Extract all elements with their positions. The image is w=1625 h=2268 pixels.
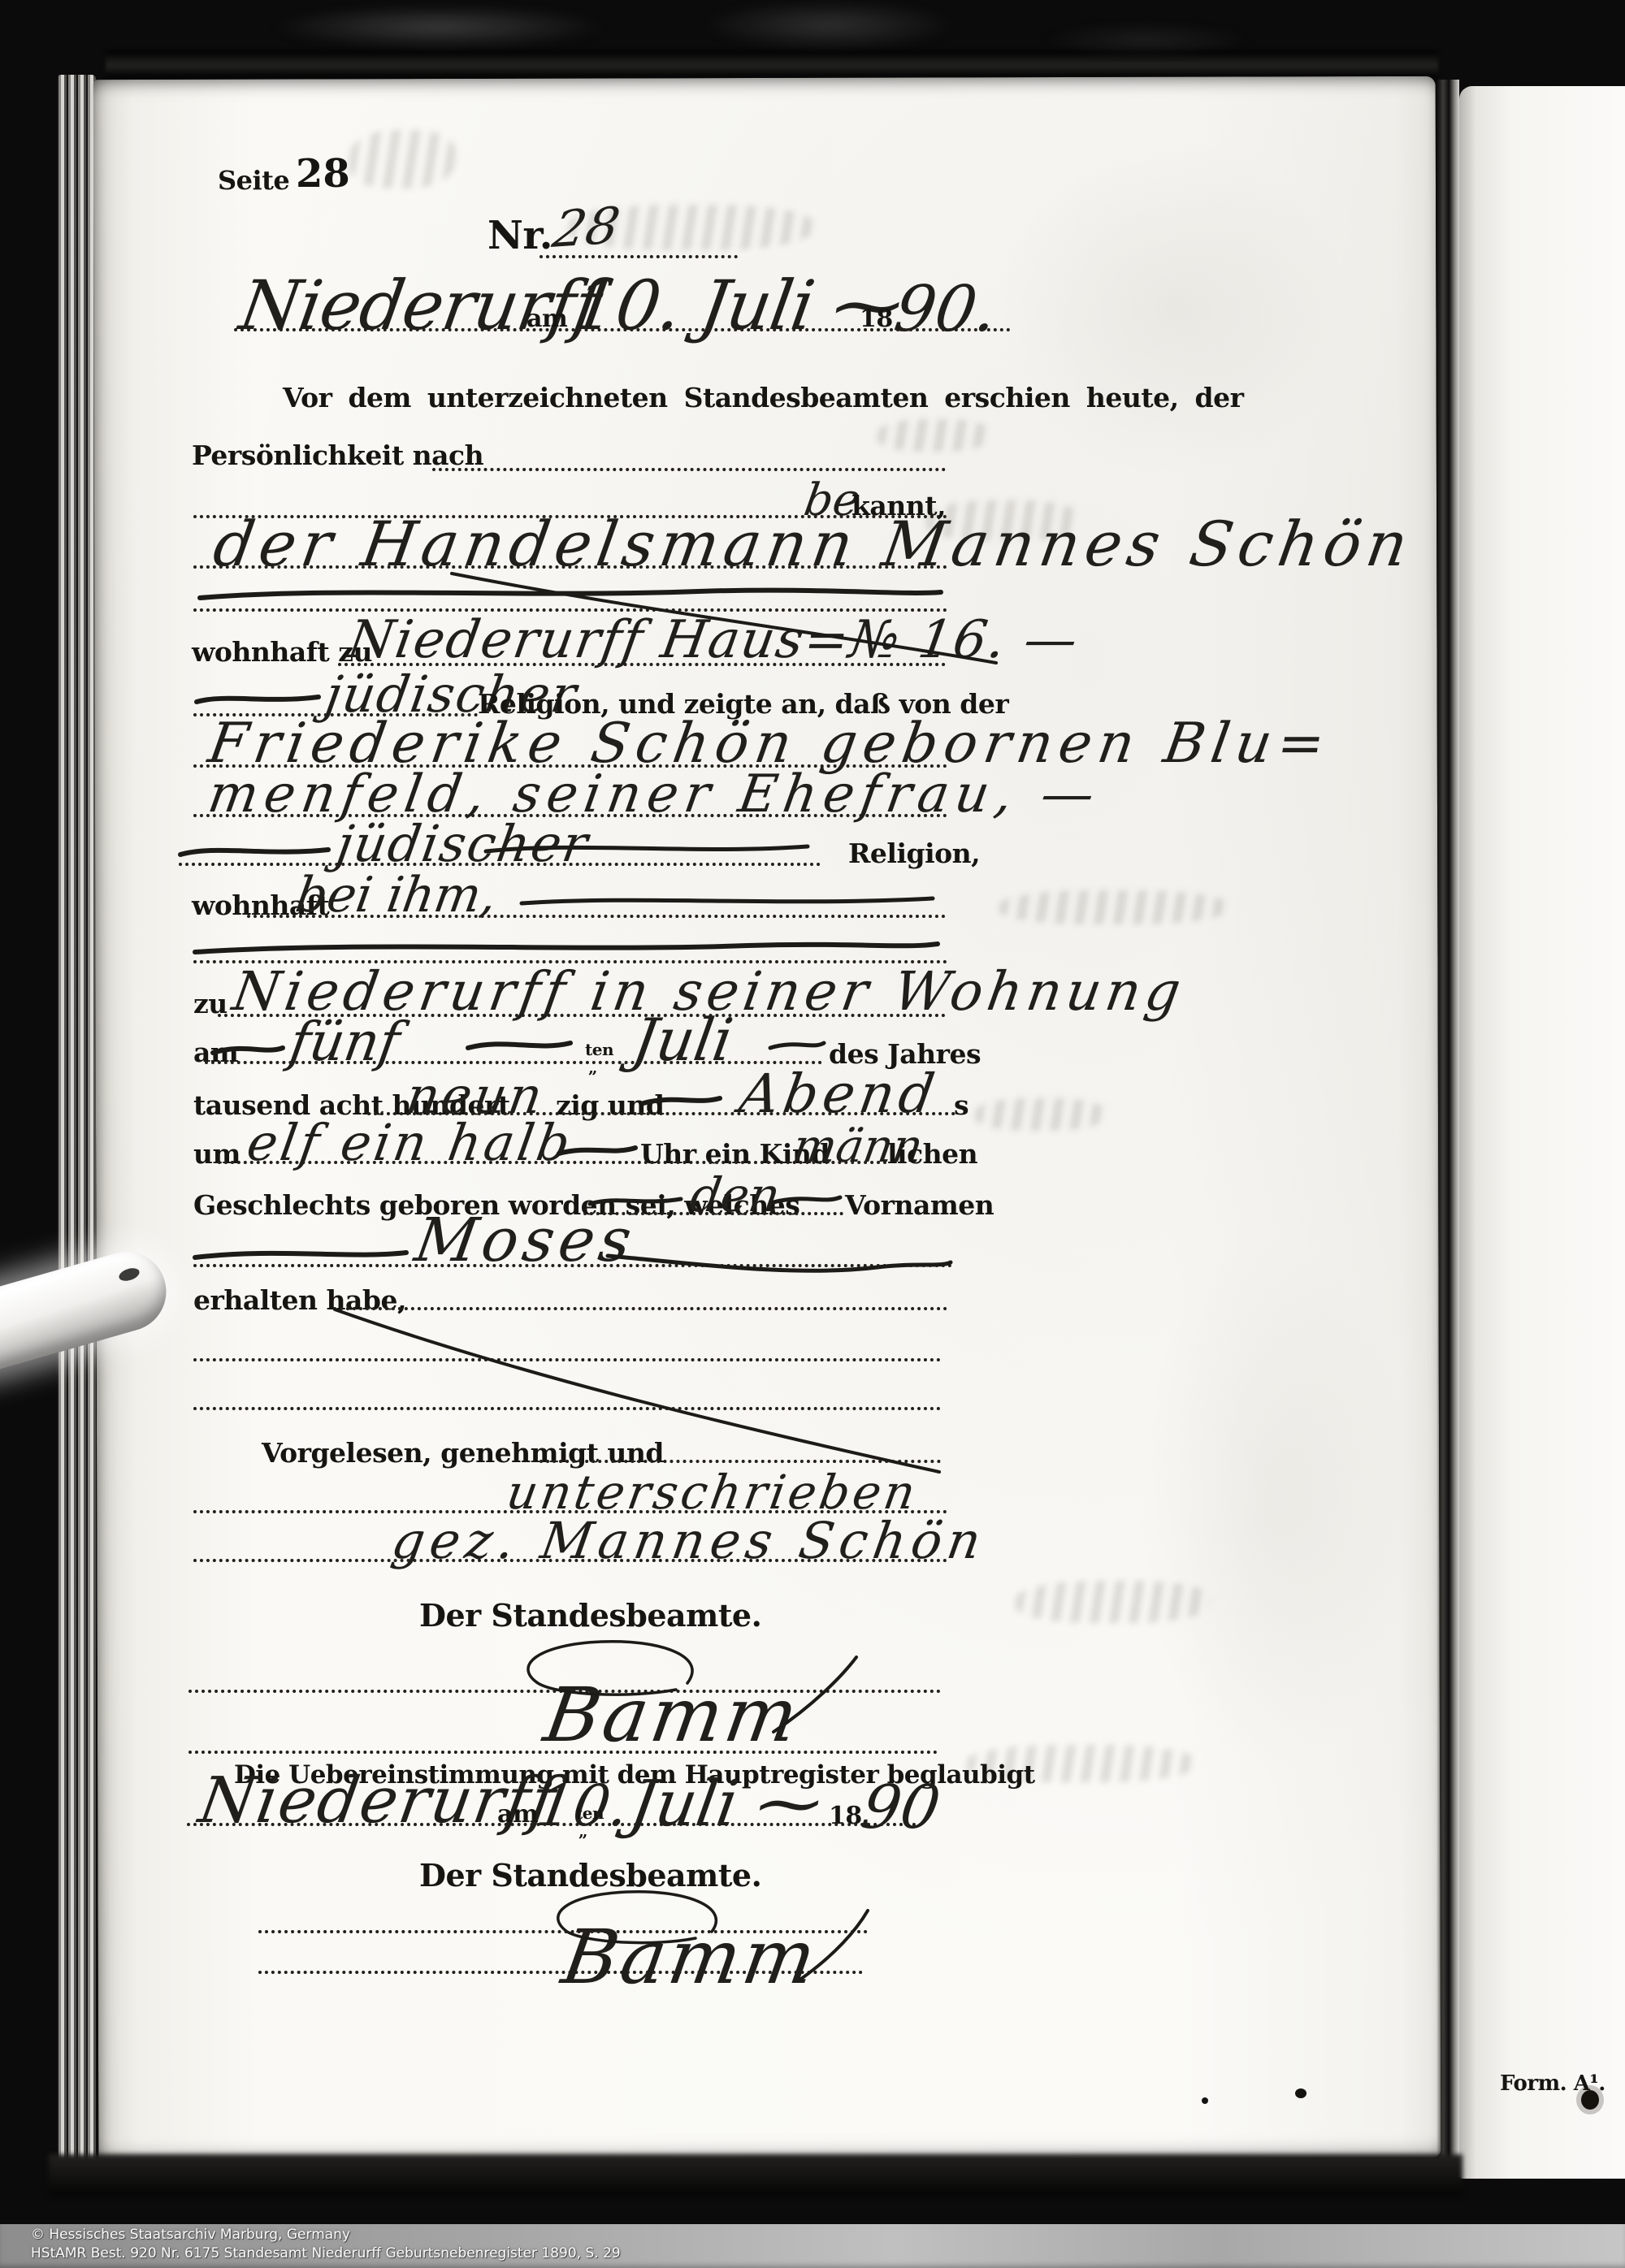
signature-flourish-loop	[528, 1642, 692, 1695]
strike-through-stroke	[452, 573, 996, 663]
archive-copyright-line: © Hessisches Staatsarchiv Marburg, Germa…	[31, 2228, 350, 2242]
signature-tail-stroke	[801, 1911, 868, 1979]
archive-reference-line: HStAMR Best. 920 Nr. 6175 Standesamt Nie…	[31, 2247, 621, 2261]
dash-stroke	[213, 1048, 283, 1053]
dash-stroke	[559, 1148, 635, 1153]
dash-stroke	[770, 1043, 824, 1048]
dash-stroke	[486, 846, 808, 851]
dash-stroke	[590, 1199, 681, 1204]
ink-strokes-overlay	[0, 0, 1625, 2268]
ink-blot-halo	[1576, 2085, 1604, 2114]
dash-stroke	[773, 1197, 840, 1202]
signature-flourish-loop	[558, 1892, 717, 1943]
dash-stroke	[197, 697, 318, 702]
dash-stroke	[195, 1253, 406, 1257]
dash-stroke	[522, 898, 933, 903]
dash-stroke	[608, 1256, 951, 1270]
signature-tail-stroke	[773, 1657, 856, 1732]
blank-line-stroke	[195, 944, 938, 952]
ink-dot	[1202, 2097, 1208, 2104]
archive-watermark-bar: © Hessisches Staatsarchiv Marburg, Germa…	[0, 2224, 1625, 2268]
dash-stroke	[180, 850, 328, 855]
strike-through-stroke	[335, 1309, 939, 1472]
ink-dot	[1295, 2088, 1306, 2098]
document-scan: Seite 28 Nr. 28 Niederurff am 10. Juli ⁓…	[0, 0, 1625, 2268]
dash-stroke	[468, 1043, 570, 1048]
dash-stroke	[643, 1098, 720, 1103]
